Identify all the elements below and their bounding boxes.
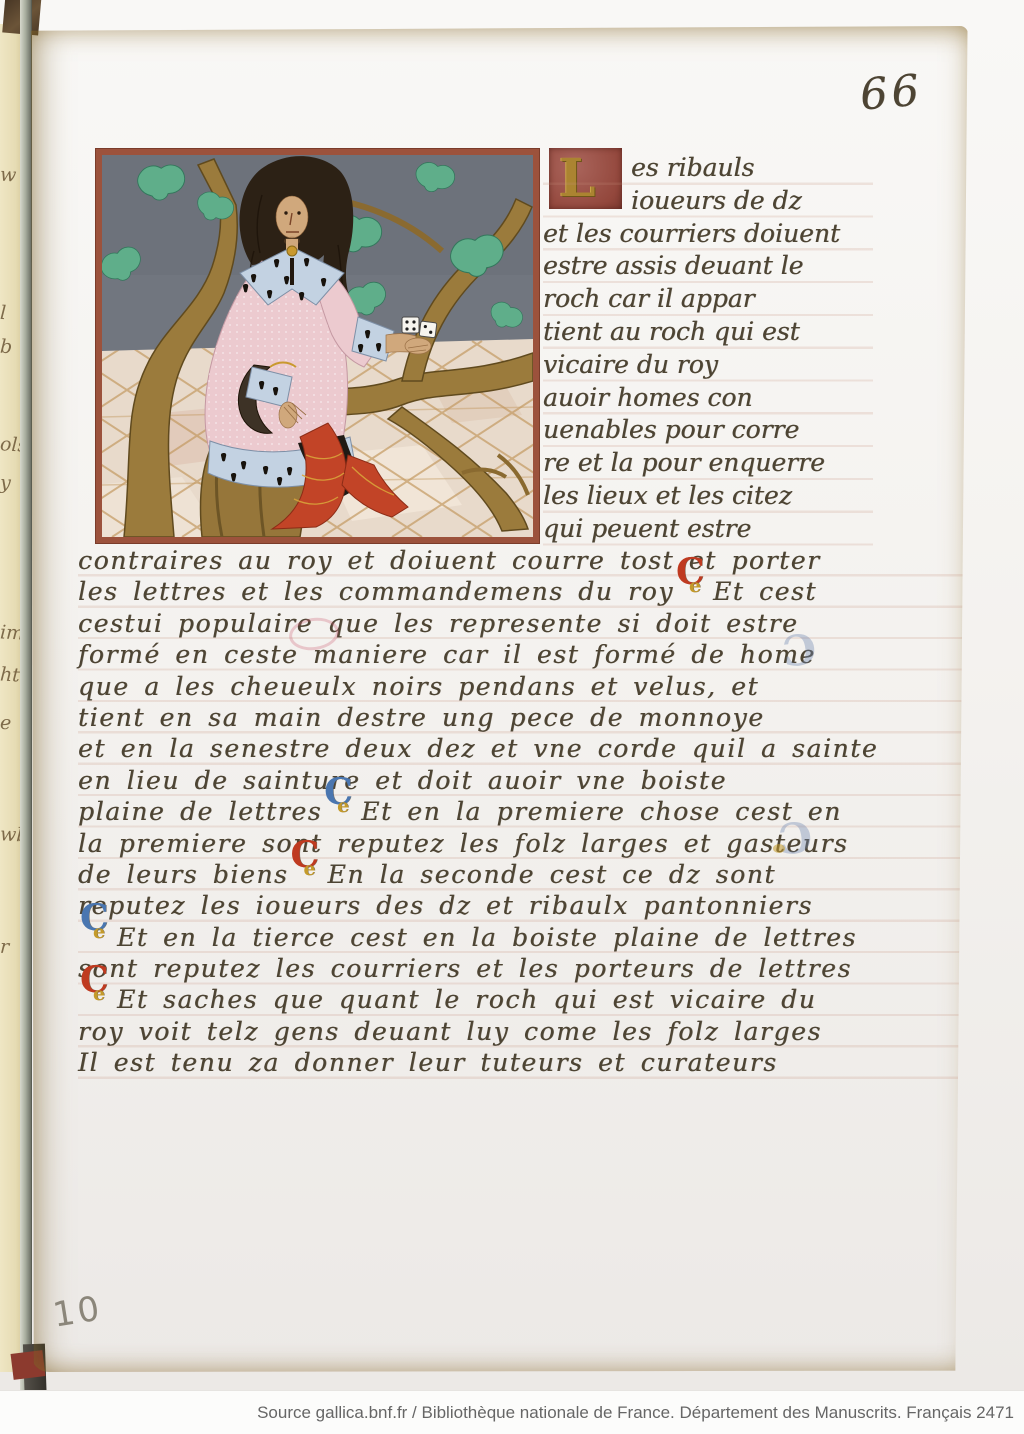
text-segment: de leurs biens [78,860,289,889]
text-segment: Et saches que quant le roch qui est vica… [117,985,816,1014]
column-text-line: estre assis deuant le [543,250,873,283]
text-segment: la premiere sont reputez les folz larges… [78,829,848,858]
column-text-line: qui peuent estre [543,513,873,546]
facing-page-edge: wlbolsyimhtewbr [0,24,22,1372]
text-segment: Et en la tierce cest en la boiste plaine… [117,923,857,952]
pilcrow-mark-red: Ce [676,579,708,603]
text-segment: contraires au roy et doiuent courre tost… [78,546,821,575]
column-text-line: es ribauls [543,152,873,185]
bleedthrough-initial-mark: Ɔ [781,624,819,676]
facing-page-text-fragment: y [0,472,11,495]
text-segment: formé en ceste maniere car il est formé … [78,640,816,669]
body-text-line: contraires au roy et doiuent courre tost… [78,545,978,576]
brooch [287,246,297,256]
body-text-line: cestui populaire que les represente si d… [78,608,978,639]
column-text-line: les lieux et les citez [543,480,873,513]
facing-page-text-fragment: im [0,621,22,644]
text-segment: en lieu de sainture et doit auoir vne bo… [78,766,727,795]
facing-page-text-fragment: ols [0,433,22,456]
text-segment: Il est tenu za donner leur tuteurs et cu… [78,1048,778,1077]
pencil-folio-number: 10 [50,1288,105,1335]
body-text-line: roy voit telz gens deuant luy come les f… [78,1016,978,1047]
body-text-line: tient en sa main destre ung pece de monn… [78,702,978,733]
column-text-line: tient au roch qui est [543,316,873,349]
body-text-line: que a les cheueulx noirs pendans et velu… [78,671,978,702]
miniature-illustration [96,149,539,543]
column-text-line: vicaire du roy [543,349,873,382]
facing-page-text-fragment: wb [0,823,22,846]
manuscript-page: 66 10 [31,26,968,1372]
body-text-line: sont reputez les courriers et les porteu… [78,953,978,984]
left-hand [279,402,297,428]
body-text-line: la premiere sont reputez les folz larges… [78,828,978,859]
miniature-scene [102,155,533,537]
text-segment: que a les cheueulx noirs pendans et velu… [78,672,759,701]
column-text-line: re et la pour enquerre [543,447,873,480]
footer-bar: Source gallica.bnf.fr / Bibliothèque nat… [0,1390,1024,1434]
body-text-line: les lettres et les commandemens du royCe… [78,576,978,607]
column-text-line: uenables pour corre [543,414,873,447]
pilcrow-mark-red: Ce [291,862,323,886]
digitized-manuscript-scan: wlbolsyimhtewbr 66 10 [0,0,1024,1434]
column-text-line: auoir homes con [543,382,873,415]
text-segment: sont reputez les courriers et les porteu… [78,954,852,983]
body-text-line: de leurs biensCeEn la seconde cest ce dz… [78,859,978,890]
folio-number: 66 [858,65,925,120]
facing-page-text-fragment: ht [0,663,20,686]
body-text-line: formé en ceste maniere car il est formé … [78,639,978,670]
column-text-line: et les courriers doiuent [543,218,873,251]
body-text-line: plaine de lettresCeEt en la premiere cho… [78,796,978,827]
facing-page-text-fragment: w [0,164,17,187]
source-attribution: Source gallica.bnf.fr / Bibliothèque nat… [0,1391,1024,1434]
body-text-line: en lieu de sainture et doit auoir vne bo… [78,765,978,796]
main-text-block: contraires au roy et doiuent courre tost… [78,545,978,1079]
pilcrow-mark-blue: Ce [80,925,112,949]
text-column-beside-miniature: es ribaulsioueurs de dzet les courriers … [543,152,873,546]
text-segment: cestui populaire que les represente si d… [78,609,799,638]
facing-page-text-fragment: l [0,302,7,324]
text-segment: tient en sa main destre ung pece de monn… [78,703,765,732]
body-text-line: CeEt en la tierce cest en la boiste plai… [78,922,978,953]
text-segment: Et en la premiere chose cest en [361,797,842,826]
column-text-line: roch car il appar [543,283,873,316]
body-text-line: et en la senestre deux dez et vne corde … [78,733,978,764]
facing-page-text-fragment: r [0,936,10,958]
body-text-line: Il est tenu za donner leur tuteurs et cu… [78,1047,978,1078]
text-segment: les lettres et les commandemens du roy [78,577,674,606]
body-text-line: reputez les ioueurs des dz et ribaulx pa… [78,890,978,921]
text-segment: roy voit telz gens deuant luy come les f… [78,1017,822,1046]
text-segment: reputez les ioueurs des dz et ribaulx pa… [78,891,813,920]
pilcrow-mark-red: Ce [80,987,112,1011]
text-segment: Et cest [713,577,817,606]
body-text-line: CeEt saches que quant le roch qui est vi… [78,984,978,1015]
binding-rod [20,0,32,1412]
bleedthrough-initial-mark: Ɔ [777,812,815,864]
pilcrow-mark-blue: Ce [324,799,356,823]
facing-page-text-fragment: b [0,336,13,359]
text-segment: plaine de lettres [78,797,322,826]
text-segment: et en la senestre deux dez et vne corde … [78,734,878,763]
text-segment: En la seconde cest ce dz sont [328,860,777,889]
facing-page-text-fragment: e [0,712,12,735]
column-text-line: ioueurs de dz [543,185,873,218]
bleedthrough-gold-fleck [773,844,785,853]
